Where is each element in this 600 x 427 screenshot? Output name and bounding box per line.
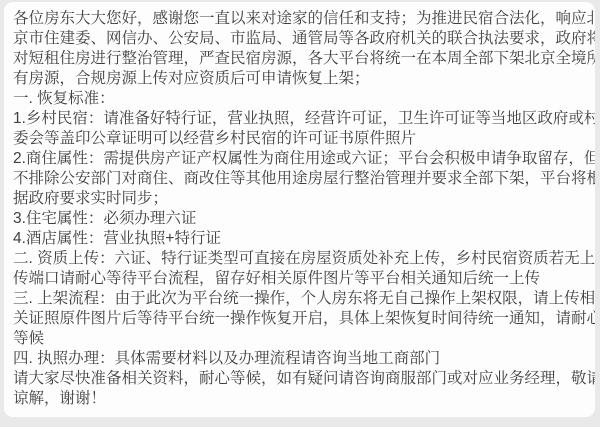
notice-line: 京市住建委、网信办、公安局、市监局、通管局等各政府机关的联合执法要求，政府将 [13, 29, 585, 49]
notice-line: 不排除公安部门对商住、商改住等其他用途房屋行整治管理并要求全部下架，平台将根 [13, 169, 585, 189]
notice-line: 有房源，合规房源上传对应资质后可申请恢复上架； [13, 69, 585, 89]
notice-line: 据政府要求实时同步； [13, 189, 585, 209]
notice-line: 1.乡村民宿：请准备好特行证，营业执照，经营许可证，卫生许可证等当地区政府或村 [13, 109, 585, 129]
notice-line: 委会等盖印公章证明可以经营乡村民宿的许可证书原件照片 [13, 129, 585, 149]
notice-line: 传端口请耐心等待平台流程，留存好相关原件图片等平台相关通知后统一上传 [13, 269, 585, 289]
notice-line: 关证照原件图片后等待平台统一操作恢复开启，具体上架恢复时间待统一通知，请耐心 [13, 309, 585, 329]
notice-line: 谅解，谢谢！ [13, 389, 585, 409]
notice-line: 4.酒店属性：营业执照+特行证 [13, 229, 585, 249]
notice-card: 各位房东大大您好，感谢您一直以来对途家的信任和支持；为推进民宿合法化，响应北 京… [4, 2, 595, 417]
notice-line: 3.住宅属性：必须办理六证 [13, 209, 585, 229]
notice-line: 2.商住属性：需提供房产证产权属性为商住用途或六证；平台会积极申请争取留存，但 [13, 149, 585, 169]
notice-section-heading-3: 三. 上架流程：由于此次为平台统一操作，个人房东将无自己操作上架权限，请上传相 [13, 289, 585, 309]
notice-section-heading-1: 一. 恢复标准： [13, 89, 585, 109]
notice-line: 请大家尽快准备相关资料，耐心等候，如有疑问请咨询商服部门或对应业务经理，敬请 [13, 369, 585, 389]
notice-line: 对短租住房进行整治管理，严查民宿房源，各大平台将统一在本周全部下架北京全境所 [13, 49, 585, 69]
notice-section-heading-2: 二. 资质上传：六证、特行证类型可直接在房屋资质处补充上传，乡村民宿资质若无上 [13, 249, 585, 269]
notice-section-heading-4: 四. 执照办理：具体需要材料以及办理流程请咨询当地工商部门 [13, 349, 585, 369]
notice-line: 各位房东大大您好，感谢您一直以来对途家的信任和支持；为推进民宿合法化，响应北 [13, 9, 585, 29]
notice-line: 等候 [13, 329, 585, 349]
